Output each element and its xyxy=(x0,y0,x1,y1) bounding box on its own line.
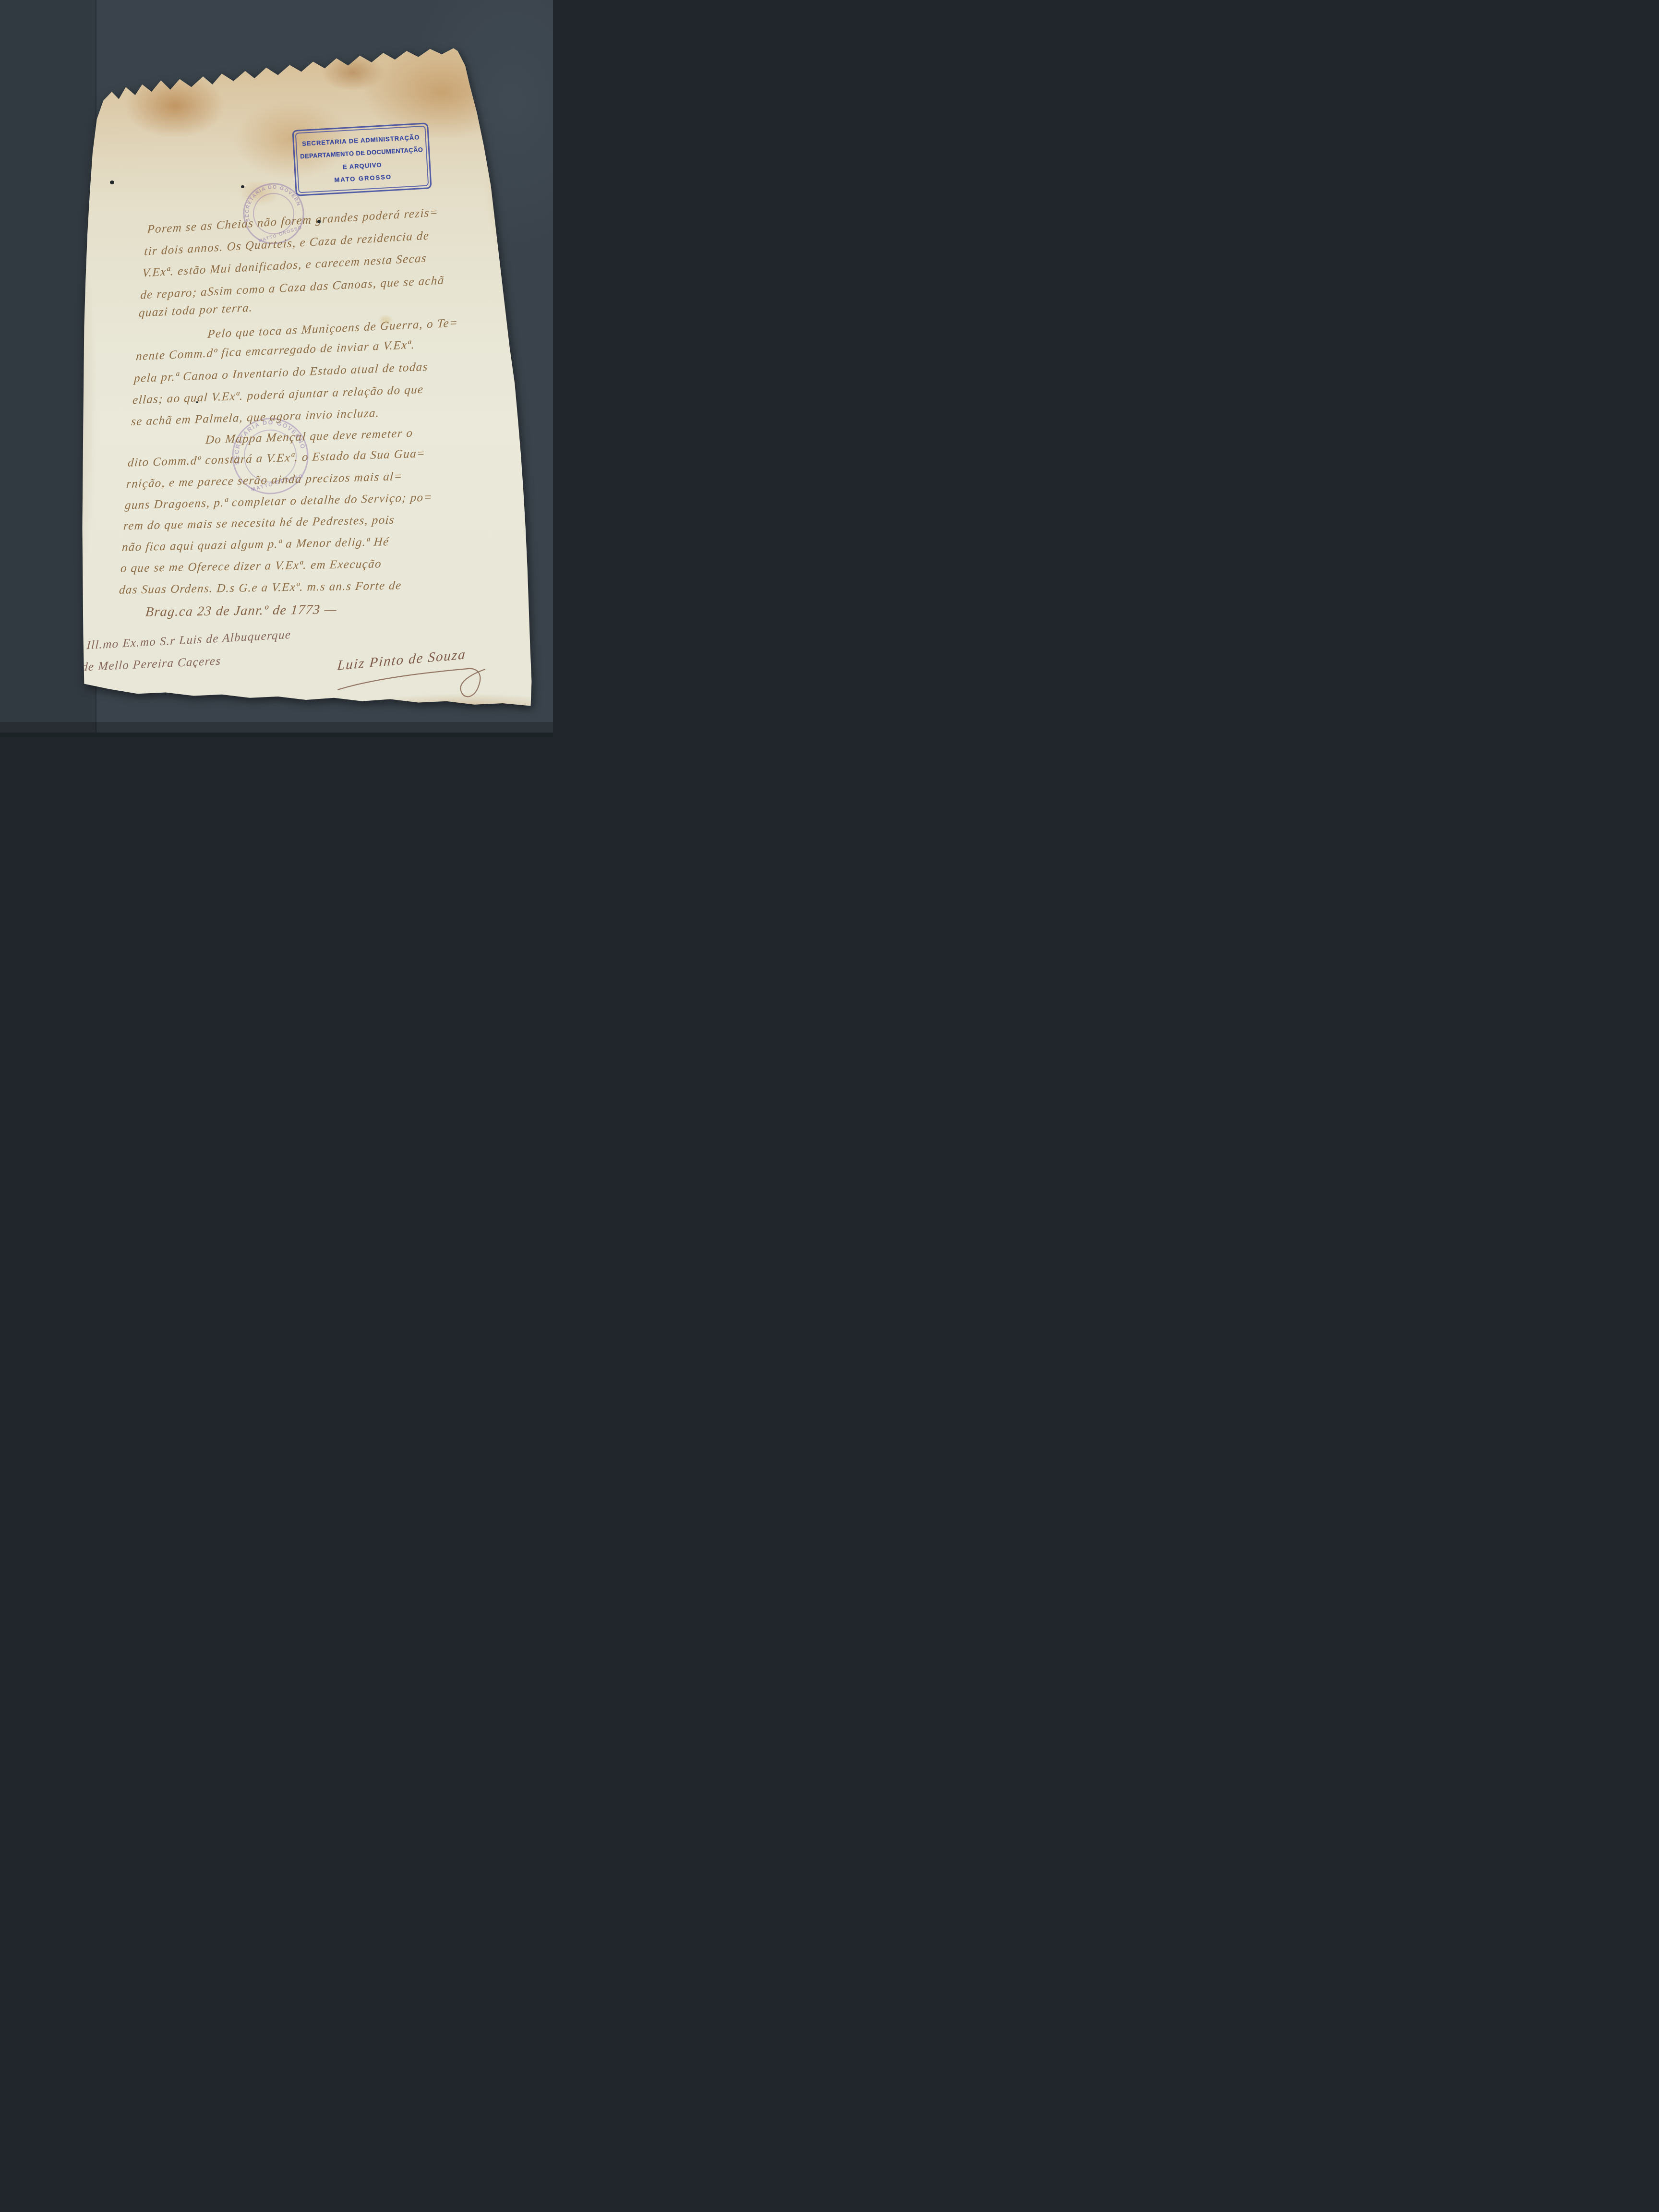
photo-background: 23 1 73 SECRETARIA DE ADMINISTRAÇÃO DEPA… xyxy=(0,0,553,737)
letter-line: ellas; ao qual V.Exª. poderá ajuntar a r… xyxy=(132,383,424,407)
archive-stamp-line-3: E ARQUIVO xyxy=(299,158,426,173)
document-paper-shadow: 23 1 73 SECRETARIA DE ADMINISTRAÇÃO DEPA… xyxy=(0,0,553,737)
ink-blot xyxy=(196,401,198,403)
letter-line: não fica aqui quazi algum p.ª a Menor de… xyxy=(121,535,390,554)
letter-line: das Suas Ordens. D.s G.e a V.Exª. m.s an… xyxy=(119,579,402,597)
archive-stamp-line-2: DEPARTAMENTO DE DOCUMENTAÇÃO xyxy=(298,146,425,160)
letter-line: Pelo que toca as Muniçoens de Guerra, o … xyxy=(207,316,458,341)
ink-blot xyxy=(317,220,321,223)
archive-stamp-line-1: SECRETARIA DE ADMINISTRAÇÃO xyxy=(298,133,424,148)
letter-line: pela pr.ª Canoa o Inventario do Estado a… xyxy=(133,361,428,385)
archive-stamp: SECRETARIA DE ADMINISTRAÇÃO DEPARTAMENTO… xyxy=(292,122,432,196)
pencil-annotation: 23 1 73 xyxy=(85,65,123,84)
letter-line: de reparo; aSsim como a Caza das Canoas,… xyxy=(140,274,445,302)
letter-line: o que se me Oferece dizer a V.Exª. em Ex… xyxy=(120,557,382,575)
letter-line: rem do que mais se necesita hé de Pedres… xyxy=(123,514,395,533)
document-paper: 23 1 73 SECRETARIA DE ADMINISTRAÇÃO DEPA… xyxy=(72,46,540,715)
ink-blot xyxy=(110,180,114,184)
letter-line: quazi toda por terra. xyxy=(138,301,253,320)
ink-blot xyxy=(241,185,244,188)
addressee-line-1: Ill.mo Ex.mo S.r Luis de Albuquerque xyxy=(86,628,292,652)
date-line: Brag.ca 23 de Janr.º de 1773 — xyxy=(145,602,338,620)
letter-line: nente Comm.dº fica emcarregado de inviar… xyxy=(135,338,415,363)
archive-stamp-inner-border: SECRETARIA DE ADMINISTRAÇÃO DEPARTAMENTO… xyxy=(295,126,429,193)
addressee-line-2: de Mello Pereira Caçeres xyxy=(81,654,221,674)
archive-stamp-line-4: MATO GROSSO xyxy=(300,171,426,185)
